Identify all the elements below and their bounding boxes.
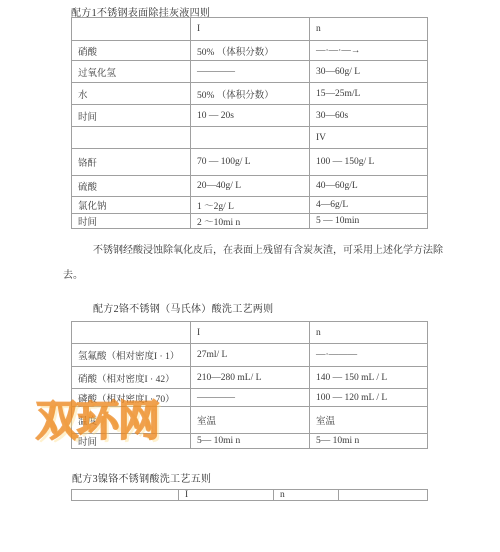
table-row: 硫酸20—40g/ L40—60g/L [72, 176, 428, 197]
table-row: 时间10 — 20s30—60s [72, 105, 428, 127]
table-cell: 50% （体积分数） [191, 83, 310, 105]
table-cell: 5 — 10min [310, 214, 428, 229]
table-cell: 30—60s [310, 105, 428, 127]
table-cell: 40—60g/L [310, 176, 428, 197]
section3-title: 配方3镍铬不锈钢酸洗工艺五则 [72, 470, 211, 485]
table-row: 时间2 ～10mi n5 — 10min [72, 214, 428, 229]
table-cell: 硝酸 [72, 41, 191, 61]
table-cell: n [310, 322, 428, 344]
document-page: 配方1不锈钢表面除挂灰液四则 In硝酸50% （体积分数）—·—·—→过氧化氢—… [0, 0, 500, 552]
table-cell: I [179, 490, 274, 501]
table-cell: 27ml/ L [191, 344, 310, 367]
table-cell: 5— 10mi n [310, 434, 428, 449]
section2-title: 配方2铬不锈钢（马氏体）酸洗工艺两则 [93, 300, 273, 315]
table-cell: 20—40g/ L [191, 176, 310, 197]
table-cell: 时间 [72, 105, 191, 127]
table-row: 硝酸50% （体积分数）—·—·—→ [72, 41, 428, 61]
table-cell [72, 18, 191, 41]
table-cell: 50% （体积分数） [191, 41, 310, 61]
table-row: 氢氟酸（相对密度I · 1）27ml/ L—·——— [72, 344, 428, 367]
table-cell: 5— 10mi n [191, 434, 310, 449]
table-cell: 铬酐 [72, 149, 191, 176]
table-cell: 10 — 20s [191, 105, 310, 127]
table-row: 磷酸（相对密度I · 70）————100 — 120 mL / L [72, 389, 428, 407]
table-cell: 2 ～10mi n [191, 214, 310, 229]
table-row: 硝酸（相对密度I · 42）210—280 mL/ L140 — 150 mL … [72, 367, 428, 389]
table-cell: 100 — 120 mL / L [310, 389, 428, 407]
table-cell: 时间 [72, 214, 191, 229]
table-cell: 氢氟酸（相对密度I · 1） [72, 344, 191, 367]
table-cell: n [274, 490, 339, 501]
formula3-table: In [71, 489, 428, 501]
table-cell: —·—·—→ [310, 41, 428, 61]
table-row: In [72, 18, 428, 41]
table-cell: ———— [191, 61, 310, 83]
table-cell: 30—60g/ L [310, 61, 428, 83]
table-row: 过氧化氢————30—60g/ L [72, 61, 428, 83]
table-row: 水50% （体积分数）15—25m/L [72, 83, 428, 105]
table-cell: 15—25m/L [310, 83, 428, 105]
table-cell: ———— [191, 389, 310, 407]
table-cell [339, 490, 428, 501]
table-row: 时间5— 10mi n5— 10mi n [72, 434, 428, 449]
table-cell [72, 127, 191, 149]
table-row: In [72, 490, 428, 501]
table-row: 氯化钠1 ～2g/ L4—6g/L [72, 197, 428, 214]
table-cell: 210—280 mL/ L [191, 367, 310, 389]
table-cell: 室温 [191, 407, 310, 434]
formula2-table: In氢氟酸（相对密度I · 1）27ml/ L—·———硝酸（相对密度I · 4… [71, 321, 428, 449]
table-cell: I [191, 18, 310, 41]
table-cell: 4—6g/L [310, 197, 428, 214]
table-cell: 硫酸 [72, 176, 191, 197]
table-cell: 水 [72, 83, 191, 105]
table-cell: 过氧化氢 [72, 61, 191, 83]
table-cell: 时间 [72, 434, 191, 449]
table-cell: 室温 [310, 407, 428, 434]
table-cell: 氯化钠 [72, 197, 191, 214]
table-cell: 1 ～2g/ L [191, 197, 310, 214]
body-paragraph: 不锈钢经酸浸蚀除氧化皮后，在表面上残留有含炭灰渣，可采用上述化学方法除去。 [63, 238, 447, 288]
table-row: 温度室温室温 [72, 407, 428, 434]
table-cell: 100 — 150g/ L [310, 149, 428, 176]
table-row: In [72, 322, 428, 344]
table-cell: IV [310, 127, 428, 149]
table-cell: n [310, 18, 428, 41]
table-cell: 温度 [72, 407, 191, 434]
table-cell: I [191, 322, 310, 344]
table-cell: 磷酸（相对密度I · 70） [72, 389, 191, 407]
table-cell [191, 127, 310, 149]
table-cell: 70 — 100g/ L [191, 149, 310, 176]
table-cell [72, 490, 179, 501]
formula1-table: In硝酸50% （体积分数）—·—·—→过氧化氢————30—60g/ L水50… [71, 17, 428, 229]
table-cell: 硝酸（相对密度I · 42） [72, 367, 191, 389]
table-cell [72, 322, 191, 344]
table-cell: —·——— [310, 344, 428, 367]
table-cell: 140 — 150 mL / L [310, 367, 428, 389]
table-row: 铬酐70 — 100g/ L100 — 150g/ L [72, 149, 428, 176]
table-row: IV [72, 127, 428, 149]
